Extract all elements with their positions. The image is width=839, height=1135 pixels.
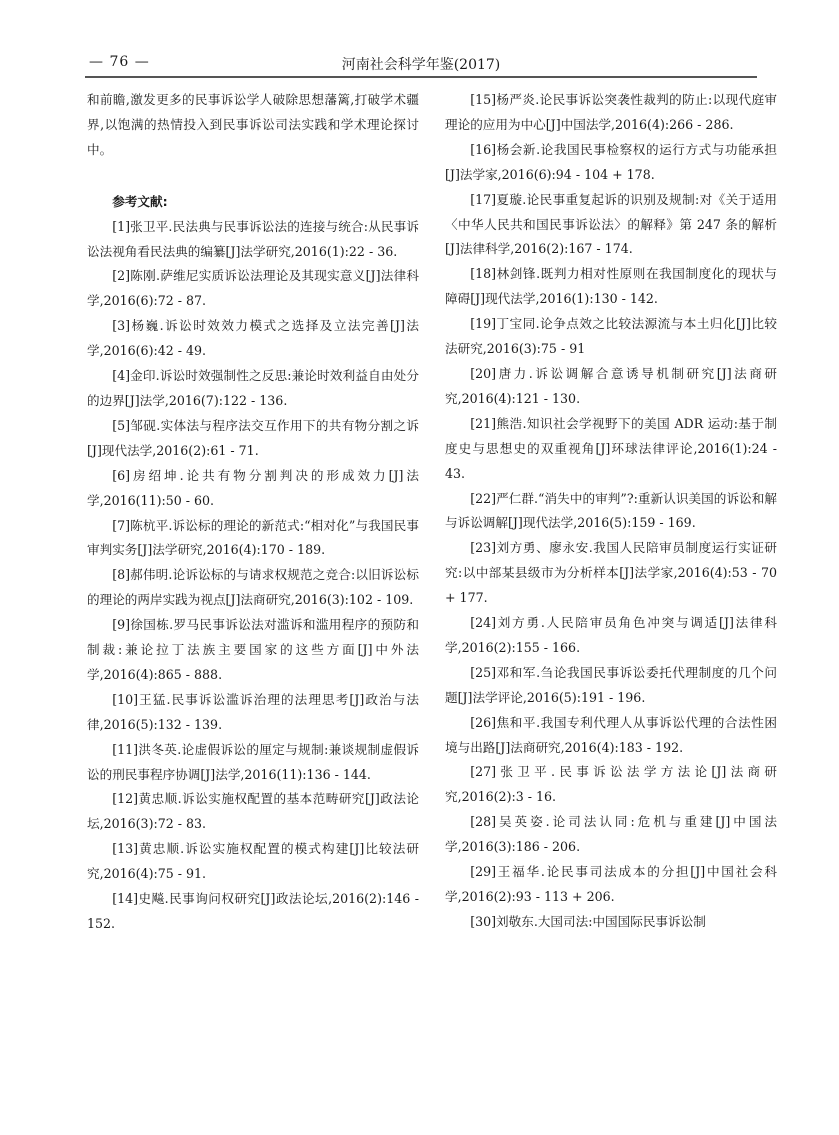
- reference-item: [18]林剑锋.既判力相对性原则在我国制度化的现状与障碍[J]现代法学,2016…: [445, 262, 777, 312]
- reference-item: [26]焦和平.我国专利代理人从事诉讼代理的合法性困境与出路[J]法商研究,20…: [445, 711, 777, 761]
- reference-item: [7]陈杭平.诉讼标的理论的新范式:“相对化”与我国民事审判实务[J]法学研究,…: [87, 514, 419, 564]
- reference-item: [6]房绍坤.论共有物分割判决的形成效力[J]法学,2016(11):50 - …: [87, 464, 419, 514]
- reference-item: [13]黄忠顺.诉讼实施权配置的模式构建[J]比较法研究,2016(4):75 …: [87, 837, 419, 887]
- reference-item: [8]郝伟明.论诉讼标的与请求权规范之竞合:以旧诉讼标的理论的两岸实践为视点[J…: [87, 563, 419, 613]
- reference-item: [30]刘敬东.大国司法:中国国际民事诉讼制: [445, 910, 777, 935]
- body-paragraph: 和前瞻,激发更多的民事诉讼学人破除思想藩篱,打破学术疆界,以饱满的热情投入到民事…: [87, 88, 419, 163]
- right-column: [15]杨严炎.论民事诉讼突袭性裁判的防止:以现代庭审理论的应用为中心[J]中国…: [445, 88, 777, 935]
- references-heading: 参考文献:: [87, 190, 419, 215]
- journal-title: 河南社会科学年鉴(2017): [85, 54, 757, 74]
- reference-item: [11]洪冬英.论虚假诉讼的厘定与规制:兼谈规制虚假诉讼的刑民事程序协调[J]法…: [87, 738, 419, 788]
- reference-item: [14]史飚.民事询问权研究[J]政法论坛,2016(2):146 - 152.: [87, 887, 419, 937]
- reference-item: [29]王福华.论民事司法成本的分担[J]中国社会科学,2016(2):93 -…: [445, 860, 777, 910]
- reference-item: [2]陈刚.萨维尼实质诉讼法理论及其现实意义[J]法律科学,2016(6):72…: [87, 264, 419, 314]
- reference-item: [22]严仁群.“消失中的审判”?:重新认识美国的诉讼和解与诉讼调解[J]现代法…: [445, 487, 777, 537]
- reference-item: [20]唐力.诉讼调解合意诱导机制研究[J]法商研究,2016(4):121 -…: [445, 362, 777, 412]
- reference-item: [25]邓和军.刍论我国民事诉讼委托代理制度的几个问题[J]法学评论,2016(…: [445, 661, 777, 711]
- reference-item: [4]金印.诉讼时效强制性之反思:兼论时效利益自由处分的边界[J]法学,2016…: [87, 364, 419, 414]
- reference-item: [24]刘方勇.人民陪审员角色冲突与调适[J]法律科学,2016(2):155 …: [445, 611, 777, 661]
- reference-item: [3]杨巍.诉讼时效效力模式之选择及立法完善[J]法学,2016(6):42 -…: [87, 314, 419, 364]
- reference-item: [12]黄忠顺.诉讼实施权配置的基本范畴研究[J]政法论坛,2016(3):72…: [87, 787, 419, 837]
- reference-item: [28]吴英姿.论司法认同:危机与重建[J]中国法学,2016(3):186 -…: [445, 810, 777, 860]
- reference-item: [9]徐国栋.罗马民事诉讼法对滥诉和滥用程序的预防和制裁:兼论拉丁法族主要国家的…: [87, 613, 419, 688]
- reference-item: [1]张卫平.民法典与民事诉讼法的连接与统合:从民事诉讼法视角看民法典的编纂[J…: [87, 215, 419, 265]
- reference-item: [27]张卫平.民事诉讼法学方法论[J]法商研究,2016(2):3 - 16.: [445, 760, 777, 810]
- reference-item: [16]杨会新.论我国民事检察权的运行方式与功能承担[J]法学家,2016(6)…: [445, 138, 777, 188]
- reference-item: [15]杨严炎.论民事诉讼突袭性裁判的防止:以现代庭审理论的应用为中心[J]中国…: [445, 88, 777, 138]
- header-rule: [85, 76, 757, 78]
- reference-item: [23]刘方勇、廖永安.我国人民陪审员制度运行实证研究:以中部某县级市为分析样本…: [445, 536, 777, 611]
- reference-item: [17]夏璇.论民事重复起诉的识别及规制:对《关于适用〈中华人民共和国民事诉讼法…: [445, 188, 777, 263]
- reference-item: [21]熊浩.知识社会学视野下的美国 ADR 运动:基于制度史与思想史的双重视角…: [445, 412, 777, 487]
- reference-item: [10]王猛.民事诉讼滥诉治理的法理思考[J]政治与法律,2016(5):132…: [87, 688, 419, 738]
- left-column: 和前瞻,激发更多的民事诉讼学人破除思想藩篱,打破学术疆界,以饱满的热情投入到民事…: [87, 88, 419, 937]
- reference-item: [19]丁宝同.论争点效之比较法源流与本土归化[J]比较法研究,2016(3):…: [445, 312, 777, 362]
- reference-item: [5]邹砚.实体法与程序法交互作用下的共有物分割之诉[J]现代法学,2016(2…: [87, 414, 419, 464]
